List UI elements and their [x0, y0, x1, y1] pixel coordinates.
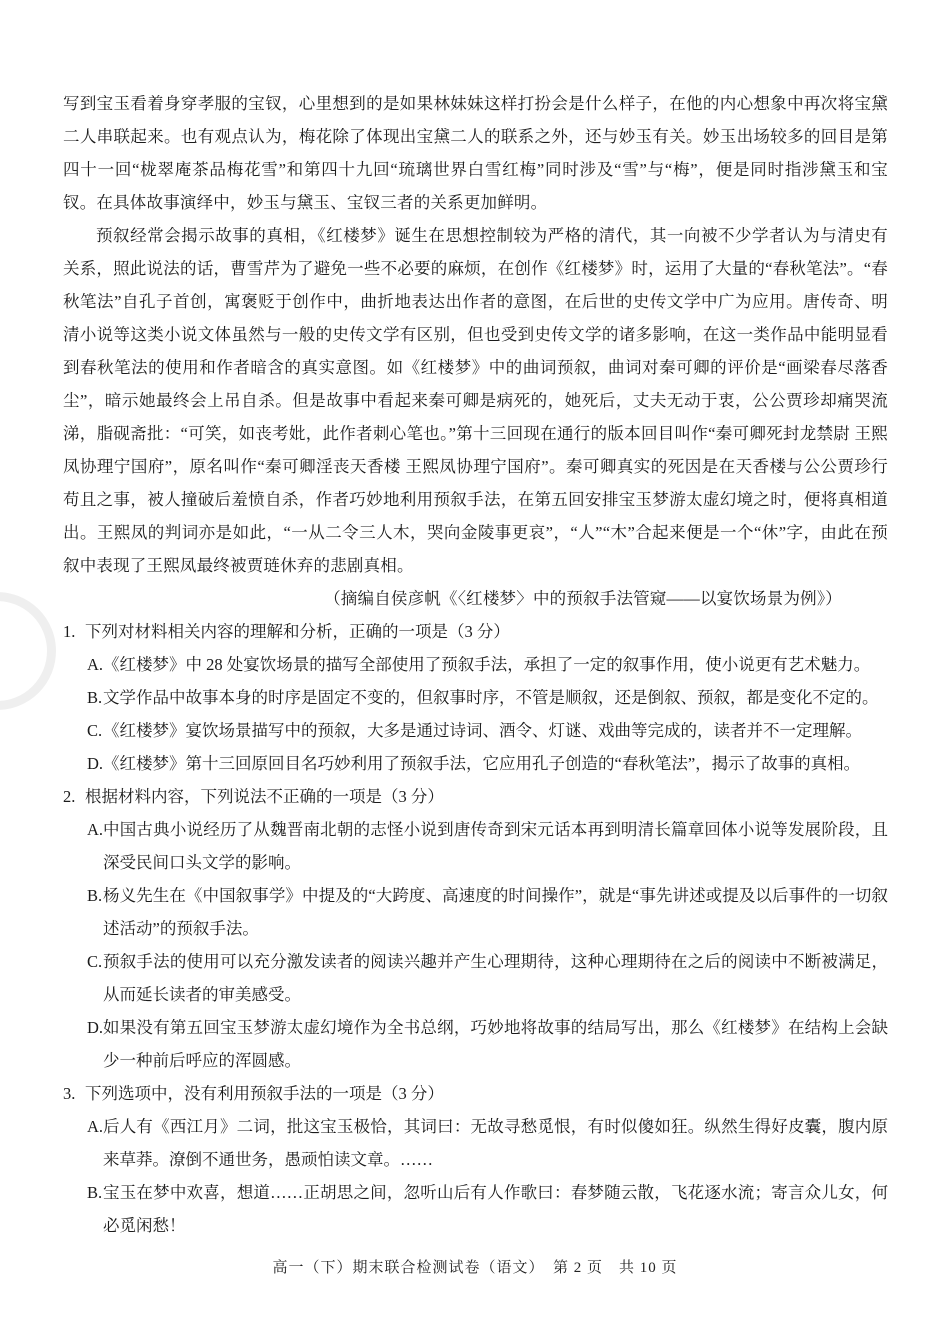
question-3: 3. 下列选项中，没有利用预叙手法的一项是（3 分） A. 后人有《西江月》二词… [63, 1077, 888, 1242]
question-2: 2. 根据材料内容，下列说法不正确的一项是（3 分） A. 中国古典小说经历了从… [63, 780, 888, 1077]
question-3-option-b: B. 宝玉在梦中欢喜，想道……正胡思之间，忽听山后有人作歌曰：春梦随云散，飞花逐… [87, 1176, 888, 1242]
question-1: 1. 下列对材料相关内容的理解和分析，正确的一项是（3 分） A. 《红楼梦》中… [63, 615, 888, 780]
question-3-stem: 3. 下列选项中，没有利用预叙手法的一项是（3 分） [63, 1077, 888, 1110]
page-content: 写到宝玉看着身穿孝服的宝钗，心里想到的是如果林妹妹这样打扮会是什么样子，在他的内… [63, 87, 888, 1242]
option-label: C. [87, 945, 102, 978]
option-text: 宝玉在梦中欢喜，想道……正胡思之间，忽听山后有人作歌曰：春梦随云散，飞花逐水流；… [103, 1183, 888, 1235]
question-1-option-b: B. 文学作品中故事本身的时序是固定不变的，但叙事时序，不管是顺叙，还是倒叙、预… [87, 681, 888, 714]
option-label: A. [87, 648, 103, 681]
option-label: B. [87, 1176, 102, 1209]
option-label: B. [87, 879, 102, 912]
option-text: 中国古典小说经历了从魏晋南北朝的志怪小说到唐传奇到宋元话本再到明清长篇章回体小说… [103, 820, 888, 872]
question-2-stem-text: 根据材料内容，下列说法不正确的一项是（3 分） [85, 787, 444, 806]
passage-paragraph-2: 预叙经常会揭示故事的真相，《红楼梦》诞生在思想控制较为严格的清代，其一向被不少学… [63, 219, 888, 582]
question-3-option-a: A. 后人有《西江月》二词，批这宝玉极恰，其词曰：无故寻愁觅恨，有时似傻如狂。纵… [87, 1110, 888, 1176]
question-1-option-a: A. 《红楼梦》中 28 处宴饮场景的描写全部使用了预叙手法，承担了一定的叙事作… [87, 648, 888, 681]
option-label: B. [87, 681, 102, 714]
question-3-stem-text: 下列选项中，没有利用预叙手法的一项是（3 分） [85, 1084, 444, 1103]
option-text: 如果没有第五回宝玉梦游太虚幻境作为全书总纲，巧妙地将故事的结局写出，那么《红楼梦… [103, 1018, 888, 1070]
watermark-arc [0, 592, 56, 710]
question-1-option-c: C. 《红楼梦》宴饮场景描写中的预叙，大多是通过诗词、酒令、灯谜、戏曲等完成的，… [87, 714, 888, 747]
option-text: 《红楼梦》中 28 处宴饮场景的描写全部使用了预叙手法，承担了一定的叙事作用，使… [103, 655, 870, 674]
question-2-stem: 2. 根据材料内容，下列说法不正确的一项是（3 分） [63, 780, 888, 813]
option-label: D. [87, 747, 103, 780]
option-text: 后人有《西江月》二词，批这宝玉极恰，其词曰：无故寻愁觅恨，有时似傻如狂。纵然生得… [103, 1117, 888, 1169]
page-footer: 高一（下）期末联合检测试卷（语文） 第 2 页 共 10 页 [0, 1256, 950, 1277]
option-text: 《红楼梦》第十三回原回目名巧妙利用了预叙手法，它应用孔子创造的“春秋笔法”，揭示… [103, 754, 860, 773]
question-1-stem: 1. 下列对材料相关内容的理解和分析，正确的一项是（3 分） [63, 615, 888, 648]
option-label: C. [87, 714, 102, 747]
exam-page: 写到宝玉看着身穿孝服的宝钗，心里想到的是如果林妹妹这样打扮会是什么样子，在他的内… [0, 0, 950, 1344]
option-label: A. [87, 1110, 103, 1143]
option-text: 预叙手法的使用可以充分激发读者的阅读兴趣并产生心理期待，这种心理期待在之后的阅读… [103, 952, 888, 1004]
option-text: 杨义先生在《中国叙事学》中提及的“大跨度、高速度的时间操作”，就是“事先讲述或提… [103, 886, 888, 938]
option-label: A. [87, 813, 103, 846]
question-2-option-d: D. 如果没有第五回宝玉梦游太虚幻境作为全书总纲，巧妙地将故事的结局写出，那么《… [87, 1011, 888, 1077]
question-1-option-d: D. 《红楼梦》第十三回原回目名巧妙利用了预叙手法，它应用孔子创造的“春秋笔法”… [87, 747, 888, 780]
passage-paragraph-1: 写到宝玉看着身穿孝服的宝钗，心里想到的是如果林妹妹这样打扮会是什么样子，在他的内… [63, 87, 888, 219]
question-1-stem-text: 下列对材料相关内容的理解和分析，正确的一项是（3 分） [85, 622, 510, 641]
question-3-number: 3. [63, 1077, 75, 1110]
question-2-option-b: B. 杨义先生在《中国叙事学》中提及的“大跨度、高速度的时间操作”，就是“事先讲… [87, 879, 888, 945]
option-label: D. [87, 1011, 103, 1044]
question-1-number: 1. [63, 615, 75, 648]
question-2-option-a: A. 中国古典小说经历了从魏晋南北朝的志怪小说到唐传奇到宋元话本再到明清长篇章回… [87, 813, 888, 879]
option-text: 文学作品中故事本身的时序是固定不变的，但叙事时序，不管是顺叙，还是倒叙、预叙，都… [103, 688, 879, 707]
passage-attribution: （摘编自侯彦帆《〈红楼梦〉中的预叙手法管窥——以宴饮场景为例》） [63, 582, 888, 615]
option-text: 《红楼梦》宴饮场景描写中的预叙，大多是通过诗词、酒令、灯谜、戏曲等完成的，读者并… [103, 721, 862, 740]
question-2-number: 2. [63, 780, 75, 813]
question-2-option-c: C. 预叙手法的使用可以充分激发读者的阅读兴趣并产生心理期待，这种心理期待在之后… [87, 945, 888, 1011]
